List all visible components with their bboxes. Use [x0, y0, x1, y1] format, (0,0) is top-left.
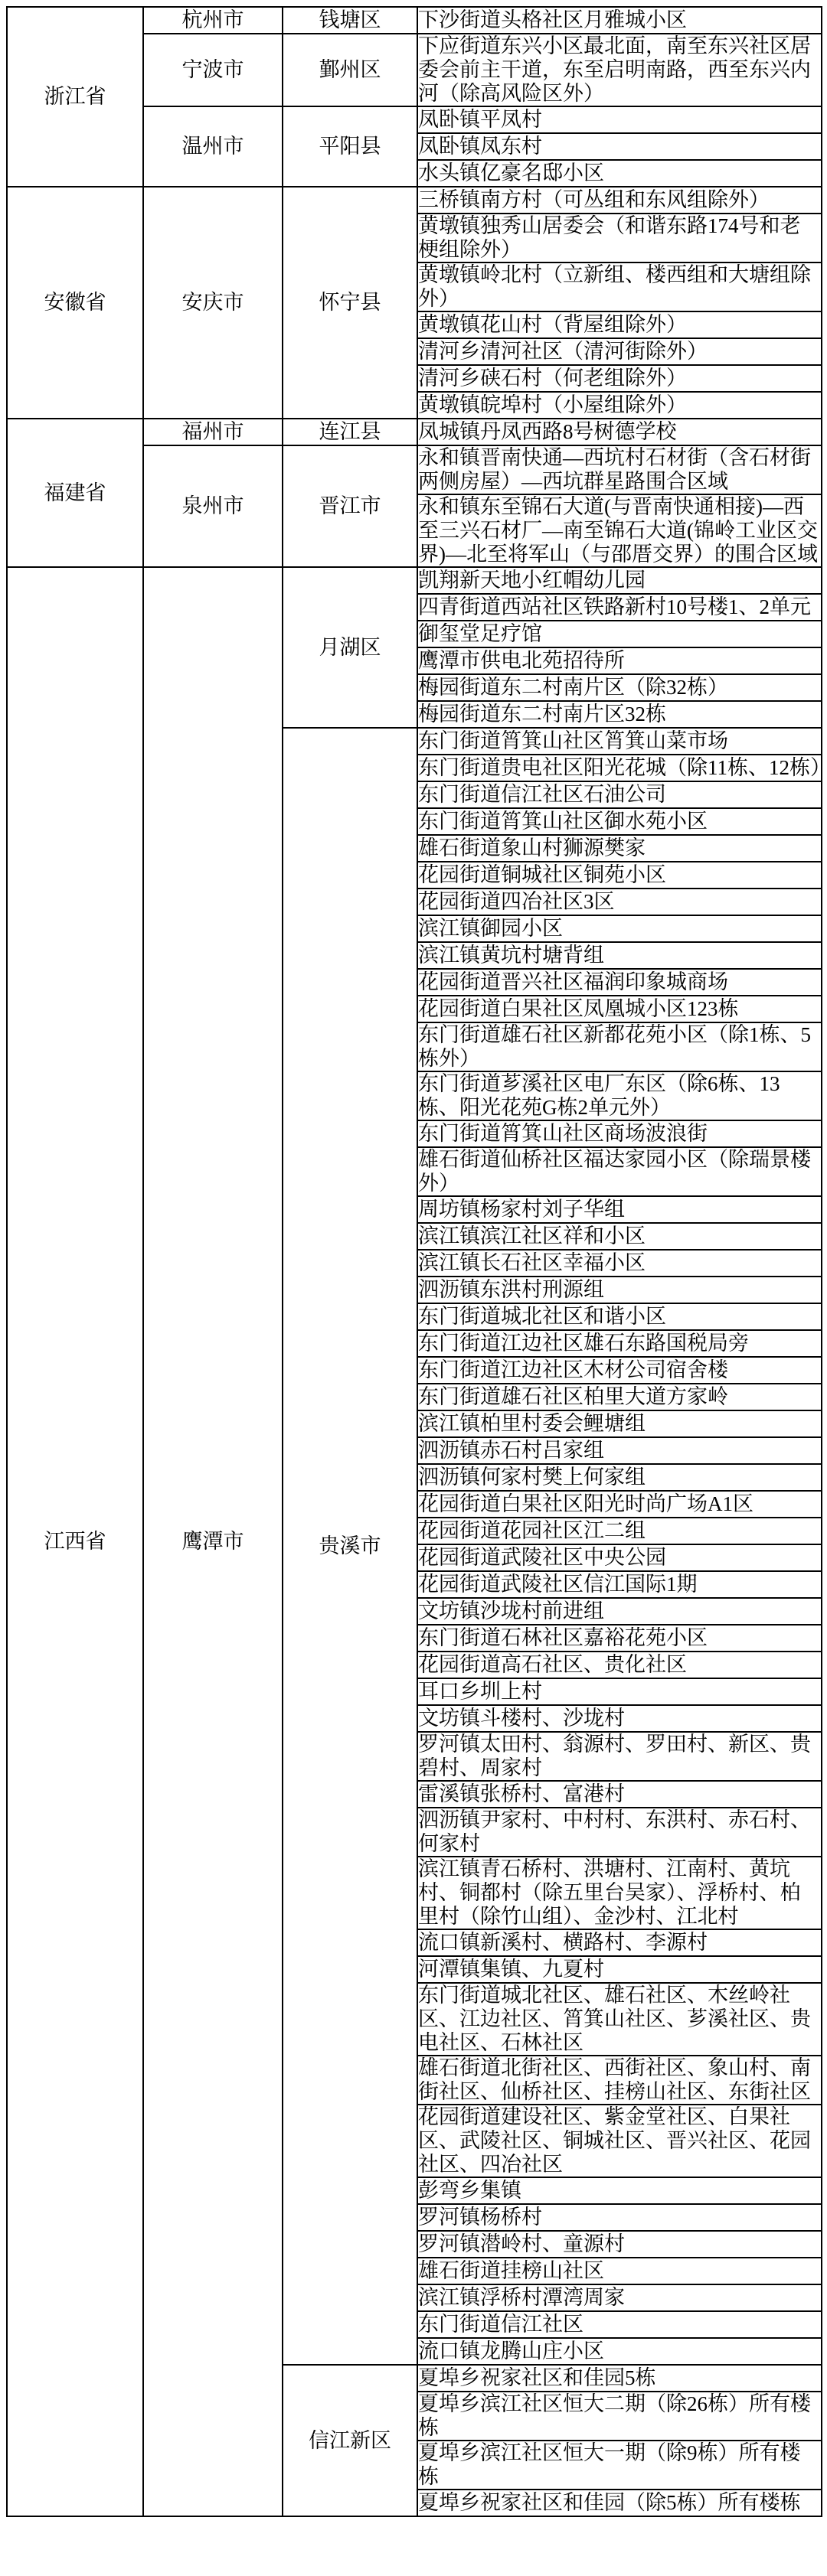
risk-area-table: 浙江省杭州市钱塘区下沙街道头格社区月雅城小区宁波市鄞州区下应街道东兴小区最北面，…	[6, 6, 822, 2517]
district-cell: 钱塘区	[283, 7, 417, 34]
area-cell: 罗河镇杨桥村	[417, 2204, 822, 2231]
area-cell: 东门街道江边社区雄石东路国税局旁	[417, 1330, 822, 1357]
area-cell: 花园街道白果社区凤凰城小区123栋	[417, 996, 822, 1022]
city-cell: 泉州市	[143, 445, 283, 567]
district-cell: 贵溪市	[283, 728, 417, 2365]
city-cell: 福州市	[143, 419, 283, 445]
area-cell: 梅园街道东二村南片区（除32栋）	[417, 674, 822, 701]
district-cell: 连江县	[283, 419, 417, 445]
area-cell: 花园街道武陵社区中央公园	[417, 1544, 822, 1571]
area-cell: 梅园街道东二村南片区32栋	[417, 701, 822, 728]
area-cell: 夏埠乡滨江社区恒大二期（除26栋）所有楼栋	[417, 2392, 822, 2441]
area-cell: 泗沥镇东洪村刑源组	[417, 1277, 822, 1303]
area-cell: 滨江镇长石社区幸福小区	[417, 1250, 822, 1277]
area-cell: 四青街道西站社区铁路新村10号楼1、2单元	[417, 594, 822, 621]
area-cell: 耳口乡圳上村	[417, 1678, 822, 1705]
area-cell: 滨江镇御园小区	[417, 915, 822, 942]
district-cell: 晋江市	[283, 445, 417, 567]
area-cell: 雄石街道仙桥社区福达家园小区（除瑞景楼外）	[417, 1147, 822, 1196]
area-cell: 东门街道信江社区	[417, 2311, 822, 2338]
area-cell: 雄石街道象山村狮源樊家	[417, 835, 822, 862]
area-cell: 花园街道建设社区、紫金堂社区、白果社区、武陵社区、铜城社区、晋兴社区、花园社区、…	[417, 2105, 822, 2177]
area-cell: 流口镇龙腾山庄小区	[417, 2338, 822, 2365]
area-cell: 永和镇东至锦石大道(与晋南快通相接)—西至三兴石材厂—南至锦石大道(锦岭工业区交…	[417, 494, 822, 567]
area-cell: 东门街道江边社区木材公司宿舍楼	[417, 1357, 822, 1384]
district-cell: 信江新区	[283, 2365, 417, 2516]
area-cell: 滨江镇滨江社区祥和小区	[417, 1223, 822, 1250]
area-cell: 周坊镇杨家村刘子华组	[417, 1196, 822, 1223]
area-cell: 雄石街道挂榜山社区	[417, 2258, 822, 2284]
area-cell: 滨江镇柏里村委会鲤塘组	[417, 1410, 822, 1437]
province-cell: 安徽省	[7, 187, 143, 419]
area-cell: 三桥镇南方村（可丛组和东风组除外）	[417, 187, 822, 214]
area-cell: 夏埠乡滨江社区恒大一期（除9栋）所有楼栋	[417, 2441, 822, 2490]
area-cell: 黄墩镇独秀山居委会（和谐东路174号和老梗组除外）	[417, 214, 822, 262]
area-cell: 泗沥镇尹家村、中村村、东洪村、赤石村、何家村	[417, 1808, 822, 1857]
area-cell: 下应街道东兴小区最北面，南至东兴社区居委会前主干道，东至启明南路，西至东兴内河（…	[417, 34, 822, 106]
area-cell: 东门街道筲箕山社区筲箕山菜市场	[417, 728, 822, 755]
province-cell: 福建省	[7, 419, 143, 567]
area-cell: 文坊镇斗楼村、沙垅村	[417, 1705, 822, 1732]
city-cell: 杭州市	[143, 7, 283, 34]
area-cell: 东门街道信江社区石油公司	[417, 781, 822, 808]
area-cell: 泗沥镇何家村樊上何家组	[417, 1464, 822, 1491]
district-cell: 鄞州区	[283, 34, 417, 106]
area-cell: 花园街道四冶社区3区	[417, 889, 822, 915]
area-cell: 文坊镇沙垅村前进组	[417, 1598, 822, 1625]
area-cell: 滨江镇黄坑村塘背组	[417, 942, 822, 969]
city-cell: 安庆市	[143, 187, 283, 419]
table-row: 浙江省杭州市钱塘区下沙街道头格社区月雅城小区	[7, 7, 822, 34]
area-cell: 流口镇新溪村、横路村、李源村	[417, 1929, 822, 1956]
area-cell: 东门街道雄石社区新都花苑小区（除1栋、5栋外）	[417, 1022, 822, 1071]
area-cell: 黄墩镇岭北村（立新组、楼西组和大塘组除外）	[417, 262, 822, 311]
area-cell: 罗河镇太田村、翁源村、罗田村、新区、贵碧村、周家村	[417, 1732, 822, 1781]
area-cell: 夏埠乡祝家社区和佳园5栋	[417, 2365, 822, 2392]
area-cell: 滨江镇浮桥村潭湾周家	[417, 2284, 822, 2311]
document-page: 浙江省杭州市钱塘区下沙街道头格社区月雅城小区宁波市鄞州区下应街道东兴小区最北面，…	[0, 0, 827, 2576]
province-cell: 江西省	[7, 567, 143, 2516]
area-cell: 花园街道晋兴社区福润印象城商场	[417, 969, 822, 996]
area-cell: 花园街道白果社区阳光时尚广场A1区	[417, 1491, 822, 1518]
area-cell: 清河乡硖石村（何老组除外）	[417, 365, 822, 392]
area-cell: 泗沥镇赤石村吕家组	[417, 1437, 822, 1464]
area-cell: 东门街道筲箕山社区御水苑小区	[417, 808, 822, 835]
area-cell: 东门街道贵电社区阳光花城（除11栋、12栋）	[417, 755, 822, 781]
area-cell: 雄石街道北街社区、西街社区、象山村、南街社区、仙桥社区、挂榜山社区、东街社区	[417, 2056, 822, 2105]
area-cell: 下沙街道头格社区月雅城小区	[417, 7, 822, 34]
area-cell: 夏埠乡祝家社区和佳园（除5栋）所有楼栋	[417, 2490, 822, 2516]
area-cell: 河潭镇集镇、九夏村	[417, 1956, 822, 1983]
area-cell: 花园街道花园社区江二组	[417, 1518, 822, 1544]
area-cell: 东门街道城北社区和谐小区	[417, 1303, 822, 1330]
area-cell: 凤城镇丹凤西路8号树德学校	[417, 419, 822, 445]
area-cell: 花园街道铜城社区铜苑小区	[417, 862, 822, 889]
area-cell: 彭弯乡集镇	[417, 2177, 822, 2204]
district-cell: 平阳县	[283, 106, 417, 187]
area-cell: 清河乡清河社区（清河街除外）	[417, 338, 822, 365]
area-cell: 东门街道筲箕山社区商场波浪街	[417, 1120, 822, 1147]
area-cell: 东门街道芗溪社区电厂东区（除6栋、13栋、阳光花苑G栋2单元外）	[417, 1071, 822, 1120]
area-cell: 东门街道城北社区、雄石社区、木丝岭社区、江边社区、筲箕山社区、芗溪社区、贵电社区…	[417, 1983, 822, 2056]
area-cell: 鹰潭市供电北苑招待所	[417, 647, 822, 674]
area-cell: 罗河镇潜岭村、童源村	[417, 2231, 822, 2258]
area-cell: 雷溪镇张桥村、富港村	[417, 1781, 822, 1808]
district-cell: 怀宁县	[283, 187, 417, 419]
table-body: 浙江省杭州市钱塘区下沙街道头格社区月雅城小区宁波市鄞州区下应街道东兴小区最北面，…	[7, 7, 822, 2516]
area-cell: 东门街道雄石社区柏里大道方家岭	[417, 1384, 822, 1410]
area-cell: 花园街道武陵社区信江国际1期	[417, 1571, 822, 1598]
area-cell: 凤卧镇凤东村	[417, 133, 822, 160]
area-cell: 永和镇晋南快通—西坑村石材街（含石材街两侧房屋）—西坑群星路围合区域	[417, 445, 822, 494]
province-cell: 浙江省	[7, 7, 143, 187]
city-cell: 宁波市	[143, 34, 283, 106]
area-cell: 黄墩镇花山村（背屋组除外）	[417, 311, 822, 338]
area-cell: 凤卧镇平凤村	[417, 106, 822, 133]
table-row: 安徽省安庆市怀宁县三桥镇南方村（可丛组和东风组除外）	[7, 187, 822, 214]
area-cell: 滨江镇青石桥村、洪塘村、江南村、黄坑村、铜都村（除五里台吴家）、浮桥村、柏里村（…	[417, 1857, 822, 1929]
city-cell: 鹰潭市	[143, 567, 283, 2516]
district-cell: 月湖区	[283, 567, 417, 728]
area-cell: 御玺堂足疗馆	[417, 621, 822, 647]
city-cell: 温州市	[143, 106, 283, 187]
area-cell: 水头镇亿豪名邸小区	[417, 160, 822, 187]
area-cell: 凯翔新天地小红帽幼儿园	[417, 567, 822, 594]
table-row: 江西省鹰潭市月湖区凯翔新天地小红帽幼儿园	[7, 567, 822, 594]
table-row: 福建省福州市连江县凤城镇丹凤西路8号树德学校	[7, 419, 822, 445]
area-cell: 黄墩镇皖埠村（小屋组除外）	[417, 392, 822, 419]
area-cell: 花园街道高石社区、贵化社区	[417, 1652, 822, 1678]
area-cell: 东门街道石林社区嘉裕花苑小区	[417, 1625, 822, 1652]
